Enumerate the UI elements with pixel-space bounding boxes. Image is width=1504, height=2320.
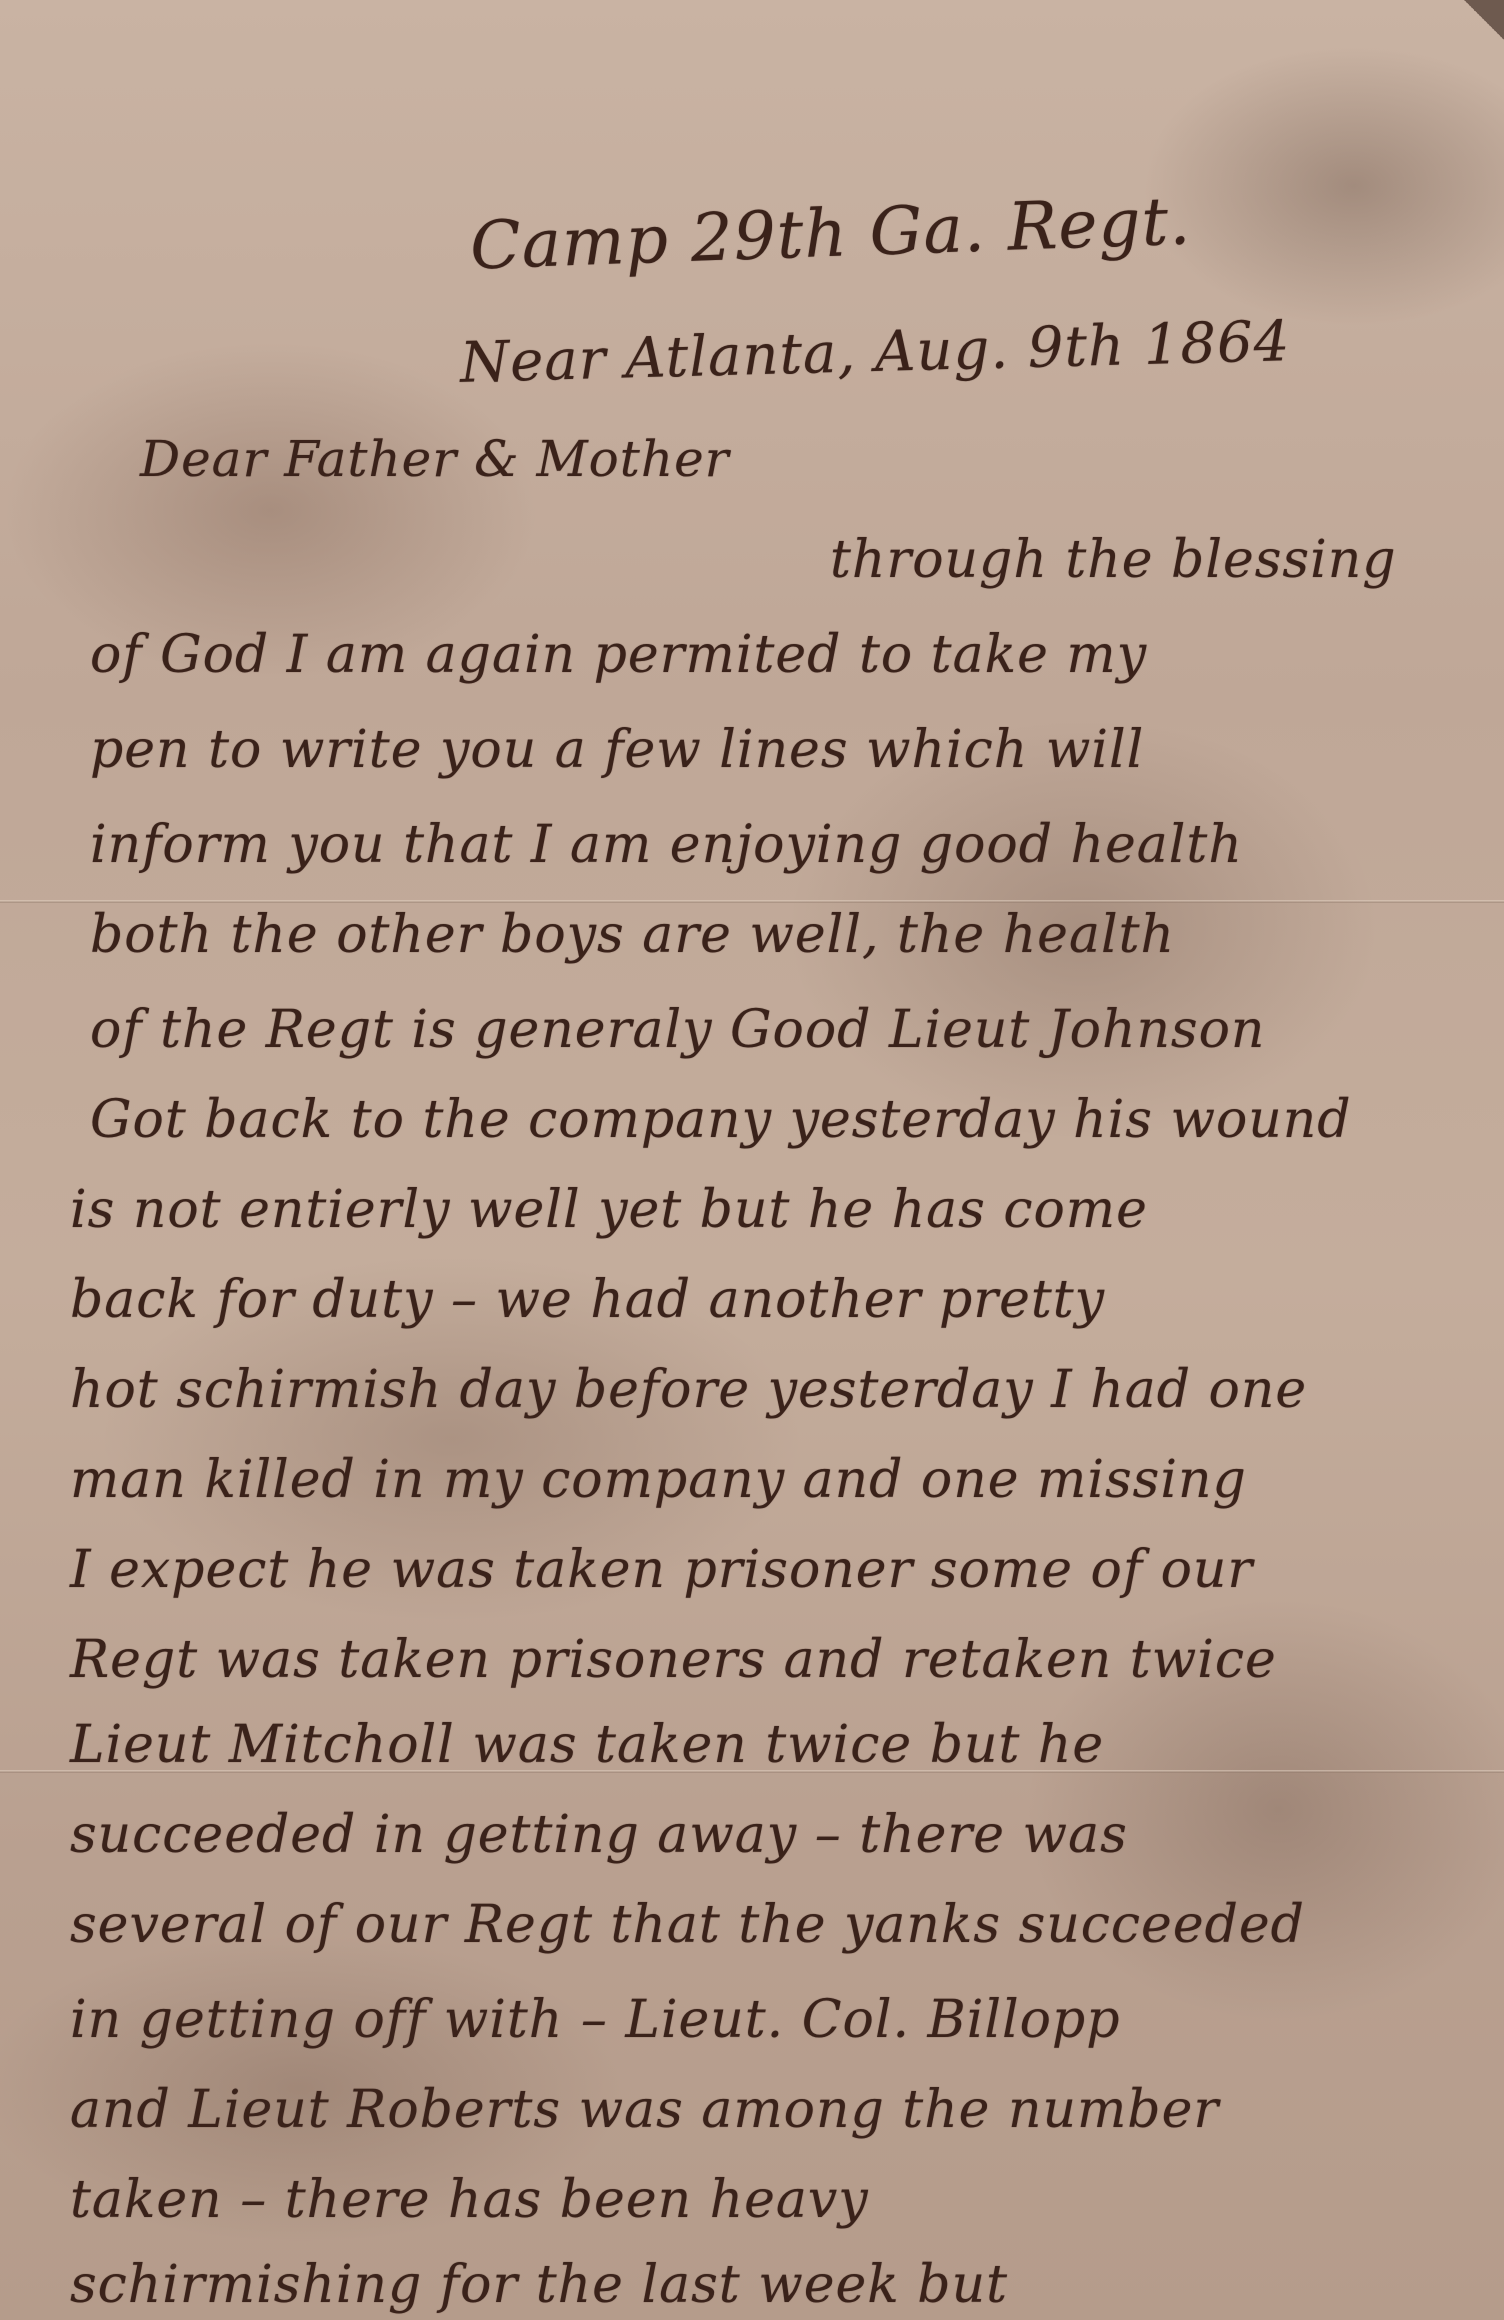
body-line: both the other boys are well, the health [90, 905, 1175, 965]
body-line: succeeded in getting away – there was [70, 1805, 1128, 1865]
fold-crease-upper [0, 900, 1504, 903]
body-line: hot schirmish day before yesterday I had… [70, 1360, 1307, 1420]
torn-corner [1464, 0, 1504, 40]
body-line: of God I am again permited to take my [90, 625, 1147, 685]
letter-salutation: Dear Father & Mother [140, 430, 730, 488]
body-line: and Lieut Roberts was among the number [70, 2080, 1219, 2140]
body-line: in getting off with – Lieut. Col. Billop… [70, 1990, 1121, 2050]
body-line: through the blessing [830, 530, 1397, 590]
body-line: several of our Regt that the yanks succe… [70, 1895, 1305, 1955]
letter-heading: Camp 29th Ga. Regt. [469, 182, 1192, 284]
letter-dateline: Near Atlanta, Aug. 9th 1864 [459, 309, 1291, 396]
body-line: taken – there has been heavy [70, 2170, 869, 2230]
body-line: back for duty – we had another pretty [70, 1270, 1105, 1330]
body-line: man killed in my company and one missing [70, 1450, 1247, 1510]
body-line: is not entierly well yet but he has come [70, 1180, 1148, 1240]
body-line: Lieut Mitcholl was taken twice but he [70, 1715, 1104, 1775]
body-line: schirmishing for the last week but [70, 2255, 1008, 2315]
body-line: Regt was taken prisoners and retaken twi… [70, 1630, 1277, 1690]
body-line: Got back to the company yesterday his wo… [90, 1090, 1352, 1150]
body-line: inform you that I am enjoying good healt… [90, 815, 1243, 875]
body-line: of the Regt is generaly Good Lieut Johns… [90, 1000, 1265, 1060]
body-line: I expect he was taken prisoner some of o… [70, 1540, 1253, 1600]
body-line: pen to write you a few lines which will [90, 720, 1144, 780]
letter-page: Camp 29th Ga. Regt. Near Atlanta, Aug. 9… [0, 0, 1504, 2320]
